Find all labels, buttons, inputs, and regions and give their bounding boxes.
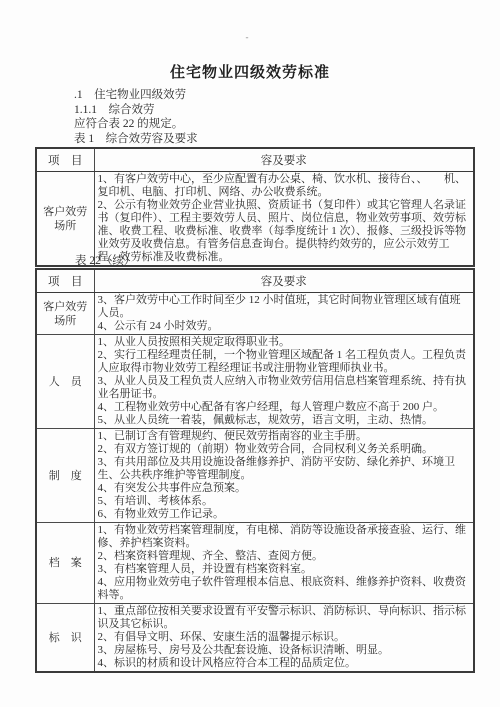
requirement-item: 2、有倡导文明、环保、安康生活的温馨提示标识。 [98,631,470,644]
requirement-item: 1、已制订含有管理规约、便民效劳指南容的业主手册。 [98,430,470,443]
table2-row-content: 1、从业人员按照相关规定取得职业书。 2、实行工程经理责任制，一个物业管理区域配… [94,335,474,429]
requirement-item: 4、应用物业效劳电子软件管理根本信息、根底资料、维修养护资料、收费资料等。 [98,576,470,602]
heading-level1: .1 住宅物业四级效劳 [74,88,198,103]
table1-header-content-col: 容及要求 [94,148,474,172]
table-22-continued: 项 目 容及要求 客户效劳 场所 3、客户效劳中心工作时间至少 12 小时值班，… [35,268,475,673]
requirement-item: 5、有培训、考核体系。 [98,495,470,508]
table2-row-label-customer-service: 客户效劳 场所 [36,293,94,335]
row-label-line: 场所 [39,219,92,233]
table2-row-label-personnel: 人 员 [36,335,94,429]
table2-row-content: 1、已制订含有管理规约、便民效劳指南容的业主手册。 2、有双方签订规的（前期）物… [94,429,474,523]
requirement-item: 1、重点部位按相关要求设置有平安警示标识、消防标识、导向标识、指示标识及其它标识… [98,605,470,631]
table1-header-item-col: 项 目 [36,148,94,172]
row-label-line: 客户效劳 [39,300,92,314]
footer-page-mark: 1. [289,652,295,661]
table-row: 制 度 1、已制订含有管理规约、便民效劳指南容的业主手册。 2、有双方签订规的（… [36,429,474,523]
requirement-item: 3、有共用部位及共用设施设备维修养护、消防平安防、绿化养护、环境卫生、公共秩序维… [98,456,470,482]
table2-header-item-col: 项 目 [36,269,94,293]
table-row: 标 识 1、重点部位按相关要求设置有平安警示标识、消防标识、导向标识、指示标识及… [36,604,474,673]
table2-row-content: 1、重点部位按相关要求设置有平安警示标识、消防标识、导向标识、指示标识及其它标识… [94,604,474,673]
requirement-item: 5、从业人员统一着装，佩戴标志，规效劳，语言文明，主动、热情。 [98,414,470,427]
table2-header-row: 项 目 容及要求 [36,269,474,293]
document-title: 住宅物业四级效劳标准 [0,61,500,82]
row-label-line: 场所 [39,314,92,328]
row-label-line: 档 案 [39,556,92,570]
document-page: - 住宅物业四级效劳标准 .1 住宅物业四级效劳 1.1.1 综合效劳 应符合表… [0,0,500,707]
row-label-line: 制 度 [39,469,92,483]
requirement-item: 4、有突发公共事件应急预案。 [98,482,470,495]
requirement-item: 4、公示有 24 小时效劳。 [98,320,470,333]
requirement-item: 3、客户效劳中心工作时间至少 12 小时值班，其它时间物业管理区域有值班人员。 [98,294,470,320]
row-label-line: 人 员 [39,375,92,389]
footer-dot-mark: . [202,651,204,660]
table2-row-label-archives: 档 案 [36,523,94,604]
smudge-mark: - [243,36,251,39]
requirement-item: 4、标识的材质和设计风格应符合本工程的品质定位。 [98,657,470,670]
table2-row-label-signage: 标 识 [36,604,94,673]
requirement-item: 3、从业人员及工程负责人应纳入市物业效劳信用信息档案管理系统、持有执业名册证书。 [98,375,470,401]
heading-level2: 1.1.1 综合效劳 [74,103,198,118]
requirement-item: 6、有物业效劳工作记录。 [98,508,470,521]
table22-continued-caption: 表 22（续） [75,252,135,268]
requirement-item: 1、有客户效劳中心，至少应配置有办公桌、椅、饮水机、接待台、、 机、复印机、电脑… [98,173,470,199]
requirement-item: 3、有档案管理人员，并设置有档案资料室。 [98,563,470,576]
table-row: 档 案 1、有物业效劳档案管理制度，有电梯、消防等设施设备承接查验、运行、维修、… [36,523,474,604]
table2-row-label-system: 制 度 [36,429,94,523]
row-label-line: 客户效劳 [39,205,92,219]
table2-row-content: 3、客户效劳中心工作时间至少 12 小时值班，其它时间物业管理区域有值班人员。 … [94,293,474,335]
table-row: 客户效劳 场所 3、客户效劳中心工作时间至少 12 小时值班，其它时间物业管理区… [36,293,474,335]
requirement-item: 1、从业人员按照相关规定取得职业书。 [98,336,470,349]
requirement-item: 2、公示有物业效劳企业营业执照、资质证书（复印件）或其它管理人名录证书（复印件）… [98,199,470,264]
table-row: 人 员 1、从业人员按照相关规定取得职业书。 2、实行工程经理责任制，一个物业管… [36,335,474,429]
table2-row-content: 1、有物业效劳档案管理制度，有电梯、消防等设施设备承接查验、运行、维修、养护档案… [94,523,474,604]
requirement-item: 4、工程物业效劳中心配备有客户经理，每人管理户数应不高于 200 户。 [98,401,470,414]
requirement-item: 2、有双方签订规的（前期）物业效劳合同，合同权利义务关系明确。 [98,443,470,456]
table1-row-content: 1、有客户效劳中心，至少应配置有办公桌、椅、饮水机、接待台、、 机、复印机、电脑… [94,172,474,267]
section-headings: .1 住宅物业四级效劳 1.1.1 综合效劳 应符合表 22 的规定。 表 1 … [74,88,198,146]
table1-caption: 表 1 综合效劳容及要求 [74,132,198,147]
requirement-item: 1、有物业效劳档案管理制度，有电梯、消防等设施设备承接查验、运行、维修、养护档案… [98,524,470,550]
requirement-item: 3、房屋栋号、房号及公共配套设施、设备标识清晰、明显。 [98,644,470,657]
requirement-item: 2、档案资料管理规、齐全、整洁、查阅方便。 [98,550,470,563]
requirement-item: 2、实行工程经理责任制，一个物业管理区域配备 1 名工程负责人。工程负责人应取得… [98,349,470,375]
heading-requirement-note: 应符合表 22 的规定。 [74,117,198,132]
row-label-line: 标 识 [39,631,92,645]
table-comprehensive-service: 项 目 容及要求 客户效劳 场所 1、有客户效劳中心，至少应配置有办公桌、椅、饮… [35,147,475,267]
table2-header-content-col: 容及要求 [94,269,474,293]
table1-header-row: 项 目 容及要求 [36,148,474,172]
